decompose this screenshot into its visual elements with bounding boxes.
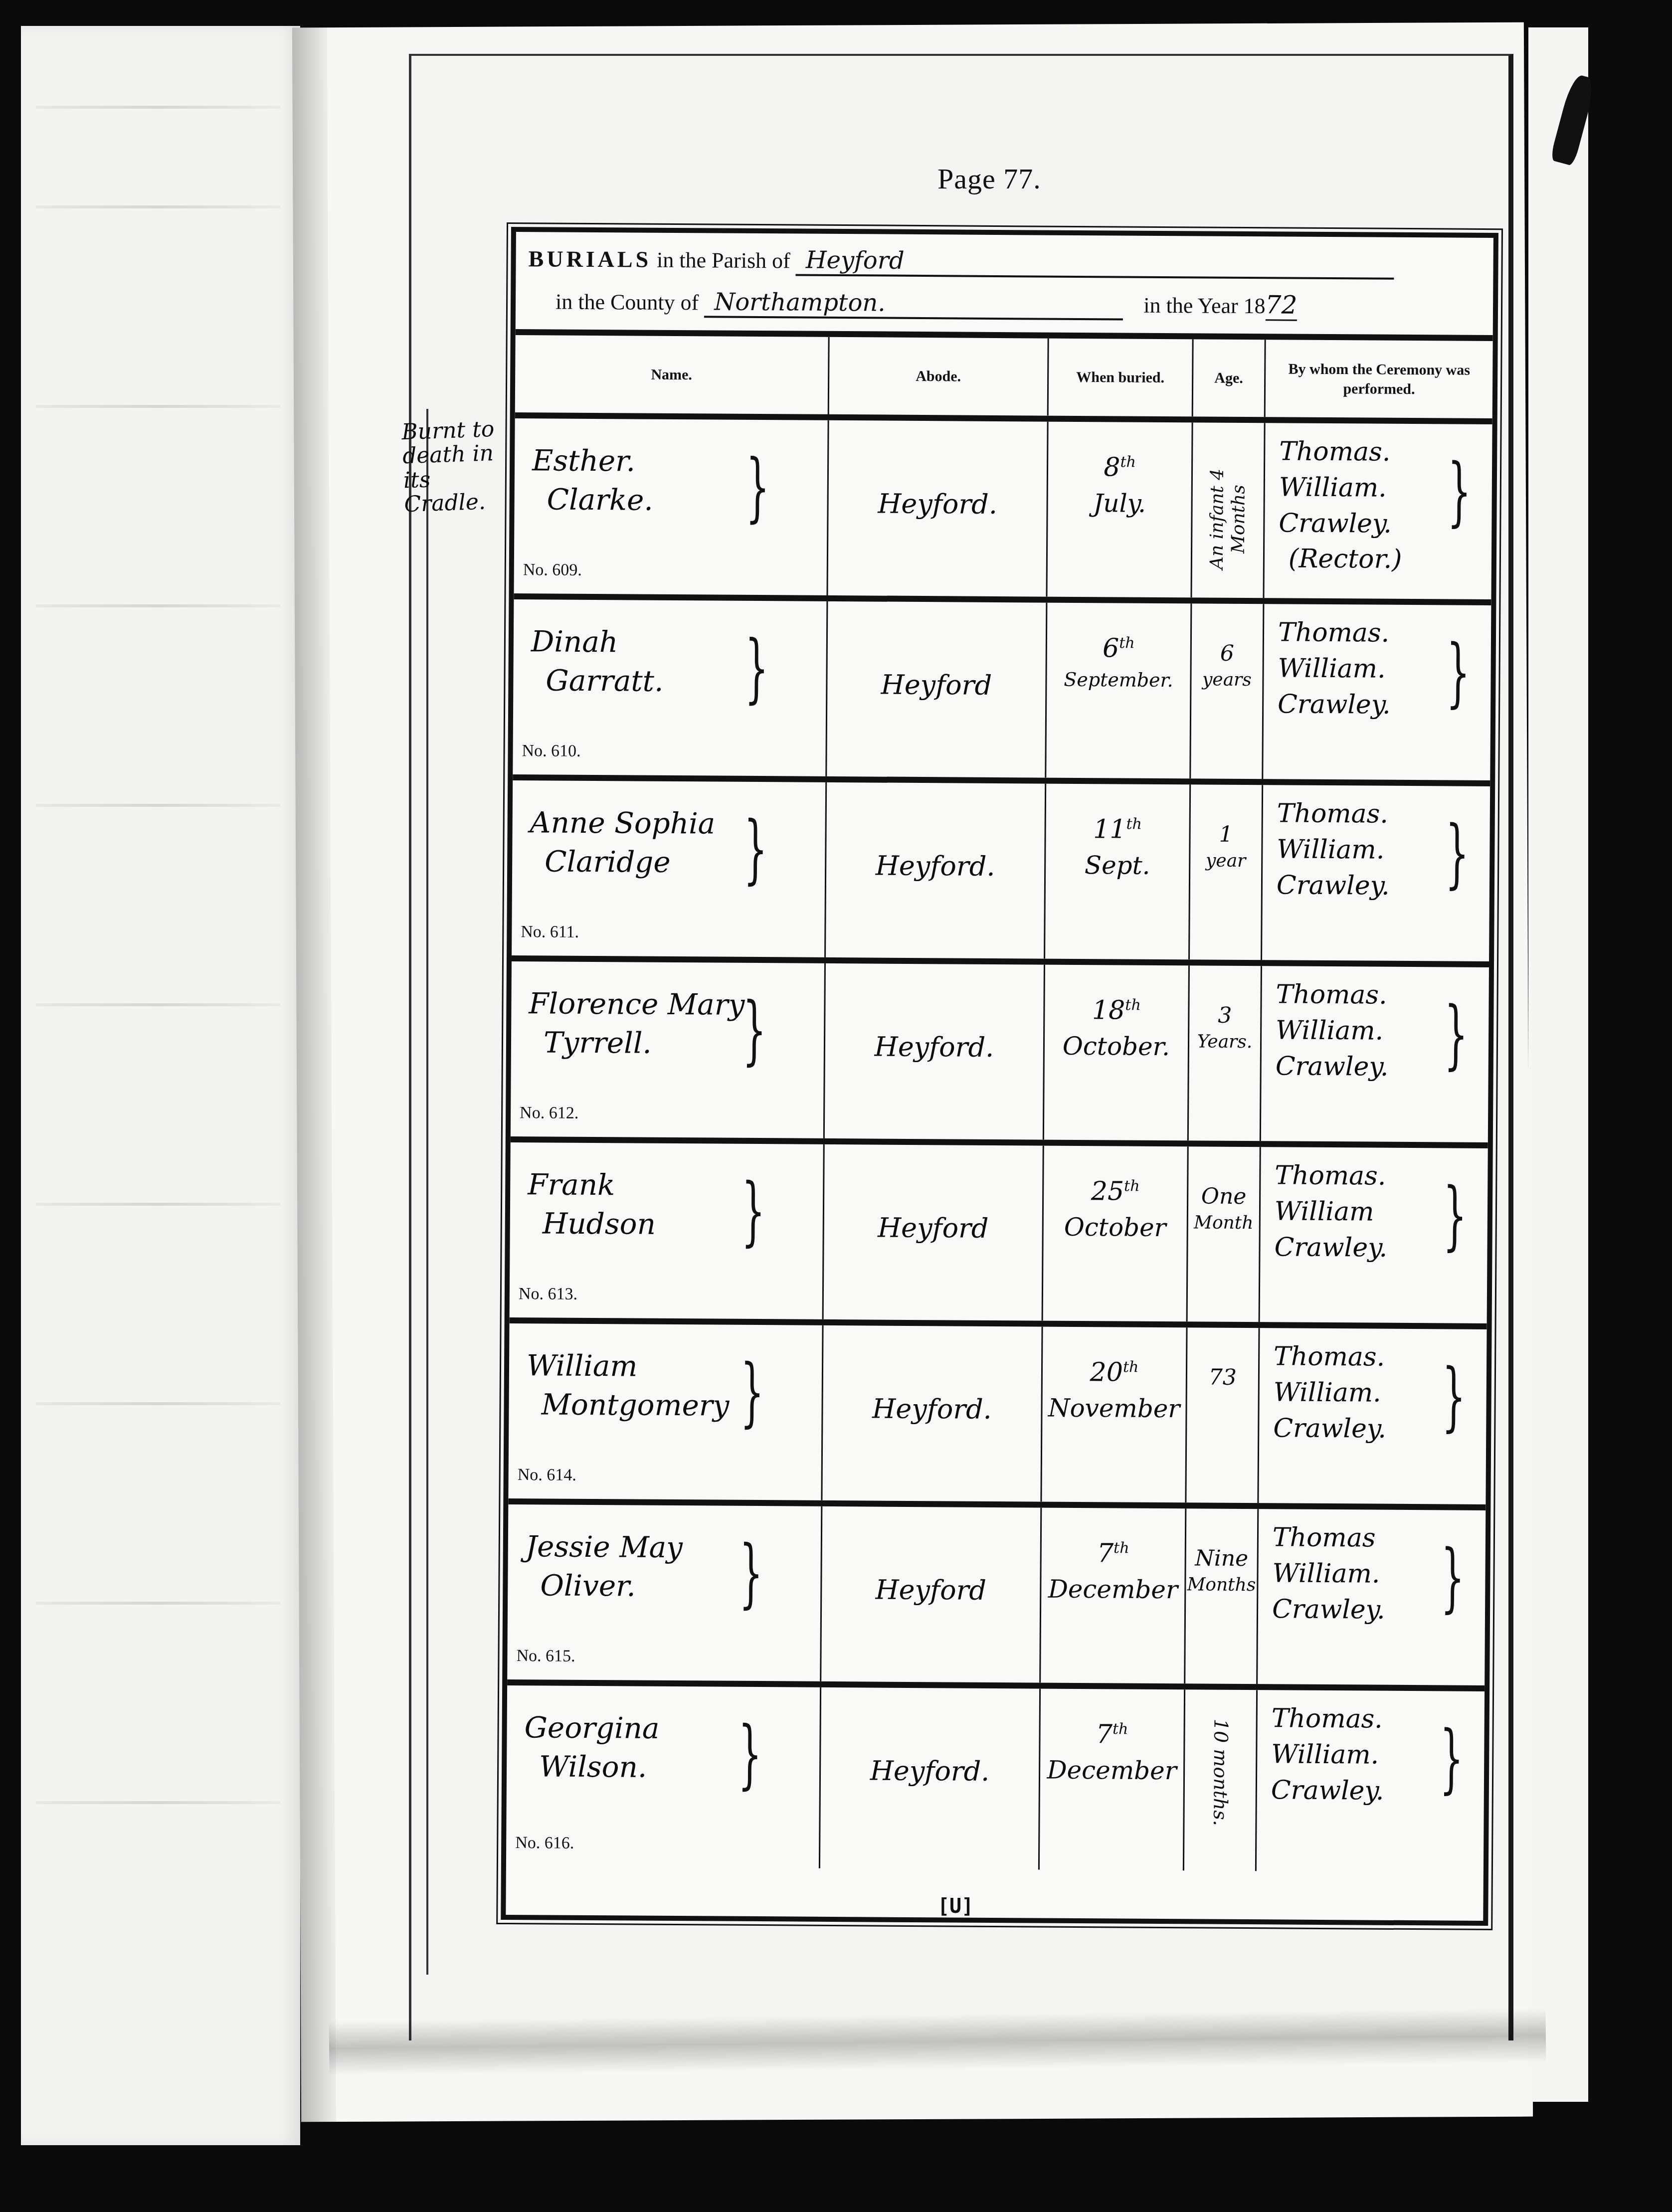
officiant-surname: Crawley. [1277,868,1390,904]
abode-cell: Heyford. [822,1325,1043,1502]
entry-number: No. 614. [518,1466,576,1485]
parish-label: in the Parish of [657,248,790,273]
burial-register-table: BURIALS in the Parish of Heyford in the … [501,227,1498,1926]
age-cell: OneMonth [1188,1146,1261,1322]
entry-number: No. 610. [522,741,580,761]
age-number: 6 [1192,638,1263,668]
when-buried-cell: 18thOctober. [1044,965,1190,1141]
brace-icon: } [1447,454,1472,529]
officiant-first-name: Thomas. [1272,1701,1385,1737]
column-header-age: Age. [1193,339,1266,417]
officiant-surname: Crawley. [1272,1592,1385,1628]
bleed-through-line [36,1003,280,1006]
day-suffix: th [1114,1539,1129,1557]
brace-icon: } [1444,997,1468,1072]
deceased-name: DinahGarratt. [531,622,664,701]
deceased-name: FrankHudson [528,1165,656,1244]
officiant-middle-name: William. [1276,1013,1389,1049]
surname: Oliver. [525,1566,683,1606]
table-row: Esther.Clarke.}No. 609.Heyford.8thJuly.A… [514,418,1492,605]
brace-icon: } [739,1536,763,1611]
page-number: Page 77. [937,162,1041,195]
officiant-first-name: Thomas [1273,1520,1386,1556]
name-cell: Jessie MayOliver.}No. 615. [507,1504,822,1681]
age-unit: Month [1188,1211,1259,1236]
when-buried-cell: 6thSeptember. [1046,603,1192,779]
officiant-surname: Crawley. [1273,1411,1386,1447]
officiant-middle-name: William. [1277,832,1390,868]
surname: Garratt. [531,661,663,701]
age-unit: year [1190,849,1261,874]
age-cell: NineMonths [1185,1508,1259,1684]
register-header: BURIALS in the Parish of Heyford in the … [516,232,1493,341]
age-value: 3Years. [1189,1000,1261,1055]
age-value: 1year [1190,819,1262,874]
age-value: OneMonth [1188,1181,1260,1236]
right-edge-strip [1528,27,1588,2102]
brace-icon: } [1442,1359,1466,1434]
when-buried-cell: 11thSept. [1045,784,1191,960]
age-cell: 1year [1190,784,1263,960]
abode-cell: Heyford. [820,1687,1041,1870]
officiant-middle-name: William. [1278,651,1391,687]
bleed-through-line [36,1602,280,1605]
age-unit: Years. [1189,1030,1260,1055]
brace-icon: } [1439,1721,1464,1796]
burial-day: 6 [1103,633,1119,663]
burial-month: December [1041,1571,1184,1607]
age-cell: An infant 4 Months [1192,422,1265,598]
burial-date: 7thDecember [1040,1716,1184,1789]
brace-icon: } [1445,816,1469,891]
officiant-name: Thomas.William.Crawley.(Rector.) [1279,434,1403,578]
brace-icon: } [1446,635,1471,710]
day-suffix: th [1126,815,1142,833]
burial-day: 25 [1091,1176,1124,1206]
when-buried-cell: 7thDecember [1040,1689,1185,1871]
officiant-cell: Thomas.William.Crawley.} [1263,604,1491,780]
abode-value: Heyford [824,1212,1042,1245]
officiant-name: Thomas.William.Crawley. [1278,615,1391,723]
day-suffix: th [1120,453,1136,471]
day-suffix: th [1119,634,1135,652]
abode-cell: Heyford. [828,420,1048,597]
burial-month: July. [1048,485,1191,521]
burial-date: 7thDecember [1041,1535,1185,1608]
bleed-through-line [36,1402,280,1405]
when-buried-cell: 7thDecember [1041,1508,1186,1684]
burial-date: 6thSeptember. [1047,630,1190,694]
officiant-cell: Thomas.William.Crawley.} [1259,1328,1486,1504]
brace-icon: } [743,993,767,1068]
table-row: DinahGarratt.}No. 610.Heyford6thSeptembe… [513,599,1491,786]
age-value: 73 [1187,1362,1258,1392]
day-suffix: th [1125,996,1141,1014]
age-number: Nine [1186,1543,1257,1573]
footer-mark: [U] [937,1895,973,1918]
officiant-surname: Crawley. [1274,1230,1387,1266]
officiant-middle-name: William. [1272,1556,1385,1592]
officiant-surname: Crawley. [1279,506,1402,542]
name-cell: GeorginaWilson.}No. 616. [506,1685,821,1868]
officiant-cell: Thomas.William.Crawley.(Rector.)} [1264,423,1492,599]
officiant-title: (Rector.) [1279,542,1402,578]
officiant-first-name: Thomas. [1276,977,1389,1013]
bleed-through-line [36,205,280,208]
table-row: WilliamMontgomery}No. 614.Heyford.20thNo… [508,1323,1486,1510]
surname: Hudson [528,1204,656,1244]
abode-value: Heyford. [826,850,1044,883]
given-name: Georgina [524,1708,659,1748]
abode-cell: Heyford [821,1506,1042,1683]
deceased-name: WilliamMontgomery [526,1346,730,1425]
age-unit: Months [1186,1573,1257,1598]
entry-number: No. 616. [515,1834,574,1853]
name-cell: DinahGarratt.}No. 610. [513,599,828,776]
brace-icon: } [1443,1178,1467,1253]
officiant-middle-name: William. [1274,1375,1387,1411]
burial-month: November [1042,1390,1185,1426]
entry-number: No. 611. [521,922,579,942]
abode-value: Heyford. [828,488,1046,521]
entry-number: No. 609. [523,560,582,580]
table-row: Anne SophiaClaridge}No. 611.Heyford.11th… [512,780,1490,967]
officiant-cell: Thomas.William.Crawley.} [1257,1690,1485,1872]
surname: Montgomery [526,1385,729,1426]
when-buried-cell: 8thJuly. [1047,422,1193,598]
age-cell: 73 [1186,1327,1260,1503]
abode-cell: Heyford [824,1144,1044,1321]
age-number: 3 [1189,1000,1260,1030]
brace-icon: } [1440,1540,1465,1615]
column-headers: Name. Abode. When buried. Age. By whom t… [515,335,1493,424]
burial-day: 7 [1097,1538,1114,1568]
given-name: Esther. [532,441,654,481]
burial-date: 25thOctober [1044,1173,1187,1246]
margin-note: Burnt to death in its Cradle. [401,417,500,517]
burial-month: October. [1045,1028,1188,1064]
abode-cell: Heyford. [826,782,1046,959]
burial-day: 7 [1096,1719,1113,1749]
age-cell: 6years [1191,603,1264,779]
entry-number: No. 615. [516,1647,575,1666]
given-name: Dinah [531,622,664,662]
brace-icon: } [745,450,770,525]
brace-icon: } [740,1355,764,1430]
table-row: GeorginaWilson.}No. 616.Heyford.7thDecem… [506,1685,1485,1872]
burial-day: 18 [1092,995,1125,1025]
age-value: 10 months. [1207,1707,1234,1837]
officiant-name: Thomas.William.Crawley. [1276,977,1389,1085]
burial-date: 8thJuly. [1048,449,1191,522]
abode-value: Heyford. [825,1031,1043,1064]
officiant-cell: Thomas.WilliamCrawley.} [1260,1147,1488,1323]
column-header-when-buried: When buried. [1049,339,1194,417]
table-row: Florence MaryTyrrell.}No. 612.Heyford.18… [511,961,1489,1148]
deceased-name: Jessie MayOliver. [525,1527,683,1606]
officiant-middle-name: William [1275,1194,1388,1230]
parish-line: BURIALS in the Parish of Heyford [528,244,1394,280]
officiant-surname: Crawley. [1278,687,1391,723]
officiant-cell: Thomas.William.Crawley.} [1261,966,1489,1142]
officiant-cell: Thomas.William.Crawley.} [1262,785,1490,961]
surname: Tyrrell. [529,1023,744,1064]
bleed-through-line [36,106,280,109]
abode-cell: Heyford. [825,963,1045,1140]
deceased-name: Anne SophiaClaridge [530,803,716,882]
burial-date: 18thOctober. [1045,992,1188,1065]
abode-value: Heyford [822,1574,1040,1607]
column-header-abode: Abode. [829,337,1049,416]
parish-value: Heyford [796,246,1394,279]
surname: Claridge [530,842,715,883]
deceased-name: GeorginaWilson. [524,1708,660,1787]
when-buried-cell: 20thNovember [1042,1327,1187,1503]
burial-date: 11thSept. [1046,811,1189,884]
county-line: in the County of Northampton. in the Yea… [556,286,1298,322]
bleed-through-line [36,804,280,807]
day-suffix: th [1124,1177,1140,1195]
burial-day: 8 [1104,452,1120,482]
officiant-first-name: Thomas. [1275,1158,1388,1194]
entry-number: No. 612. [520,1104,578,1123]
year-label: in the Year 18 [1143,293,1266,318]
burial-day: 20 [1090,1357,1123,1387]
margin-rule-line [426,409,428,1975]
age-number: 73 [1187,1362,1258,1392]
burial-month: September. [1047,666,1190,694]
bleed-through-line [36,1801,280,1804]
given-name: Florence Mary [529,984,744,1024]
age-value: NineMonths [1186,1543,1257,1598]
deceased-name: Esther.Clarke. [532,441,653,520]
age-number: One [1188,1181,1259,1211]
officiant-first-name: Thomas. [1278,615,1391,651]
table-row: FrankHudson}No. 613.Heyford25thOctoberOn… [510,1142,1488,1329]
officiant-first-name: Thomas. [1279,434,1403,470]
surname: Clarke. [532,480,653,520]
officiant-name: Thomas.William.Crawley. [1271,1701,1385,1809]
register-title: BURIALS [528,246,651,272]
brace-icon: } [741,1174,765,1249]
given-name: Frank [528,1165,656,1205]
burial-month: October [1044,1209,1187,1245]
brace-icon: } [738,1717,762,1792]
officiant-name: Thomas.William.Crawley. [1273,1339,1387,1447]
county-label: in the County of [556,290,699,315]
officiant-surname: Crawley. [1276,1049,1389,1085]
name-cell: WilliamMontgomery}No. 614. [508,1323,823,1500]
register-entries: Esther.Clarke.}No. 609.Heyford.8thJuly.A… [506,418,1492,1921]
table-row: Jessie MayOliver.}No. 615.Heyford7thDece… [507,1504,1486,1691]
burial-day: 11 [1093,814,1126,844]
when-buried-cell: 25thOctober [1043,1146,1189,1322]
officiant-middle-name: William. [1271,1737,1384,1773]
officiant-name: Thomas.William.Crawley. [1277,796,1390,904]
column-header-name: Name. [515,335,830,414]
officiant-middle-name: William. [1279,470,1403,506]
surname: Wilson. [524,1747,659,1787]
officiant-first-name: Thomas. [1277,796,1390,832]
day-suffix: th [1123,1358,1139,1376]
given-name: Anne Sophia [530,803,715,843]
bleed-through-line [36,1203,280,1206]
year-value: 72 [1266,290,1298,321]
burial-month: December [1040,1752,1183,1788]
county-value: Northampton. [704,288,1123,320]
burial-date: 20thNovember [1042,1354,1186,1427]
given-name: William [527,1346,730,1386]
entry-number: No. 613. [519,1285,577,1304]
deceased-name: Florence MaryTyrrell. [529,984,745,1063]
abode-value: Heyford. [823,1393,1041,1426]
day-suffix: th [1113,1720,1128,1738]
age-unit: years [1191,668,1262,693]
age-cell: 3Years. [1189,965,1262,1141]
name-cell: FrankHudson}No. 613. [510,1142,825,1319]
brace-icon: } [744,631,769,706]
brace-icon: } [743,812,768,887]
abode-value: Heyford. [821,1755,1039,1788]
officiant-cell: ThomasWilliam.Crawley.} [1258,1509,1486,1685]
officiant-name: ThomasWilliam.Crawley. [1272,1520,1386,1628]
bleed-through-line [36,604,280,607]
age-value: An infant 4 Months [1206,449,1250,589]
officiant-first-name: Thomas. [1274,1339,1387,1375]
age-number: 1 [1190,819,1261,849]
name-cell: Esther.Clarke.}No. 609. [514,418,829,595]
column-header-officiant: By whom the Ceremony was performed. [1266,340,1493,418]
name-cell: Anne SophiaClaridge}No. 611. [512,780,827,957]
name-cell: Florence MaryTyrrell.}No. 612. [511,961,826,1138]
given-name: Jessie May [526,1527,683,1567]
burial-month: Sept. [1046,847,1189,883]
officiant-name: Thomas.WilliamCrawley. [1274,1158,1388,1266]
left-page-sheet [21,26,300,2145]
abode-value: Heyford [827,669,1045,702]
age-value: 6years [1191,638,1263,693]
officiant-surname: Crawley. [1271,1773,1384,1809]
abode-cell: Heyford [827,601,1047,778]
age-cell: 10 months. [1184,1689,1258,1871]
bleed-through-line [36,405,280,408]
